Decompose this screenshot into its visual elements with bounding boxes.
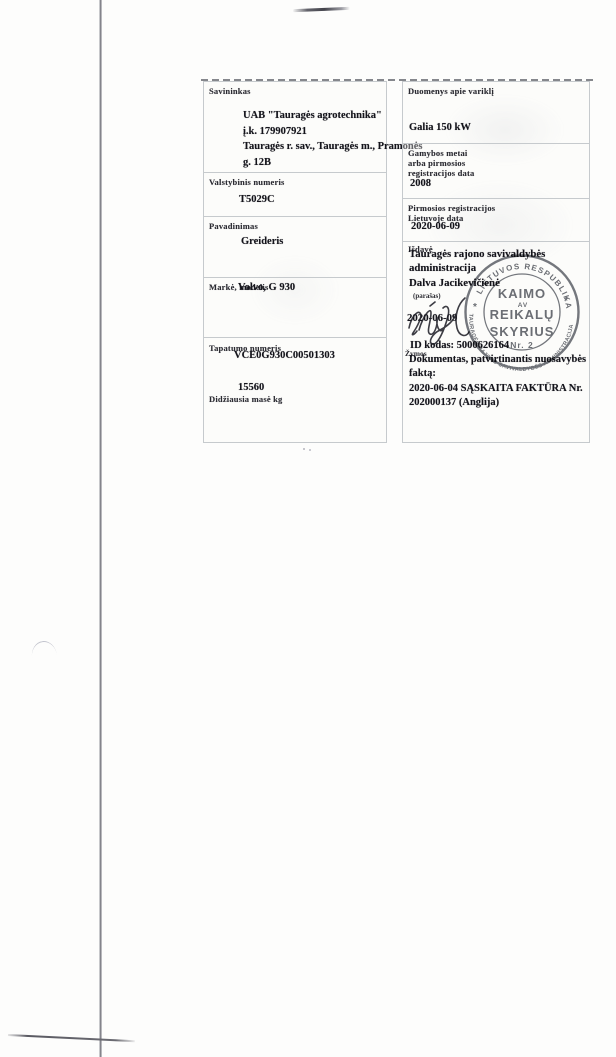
field-valstybinis-numeris: Valstybinis numeris T5029C: [203, 172, 387, 217]
pencil-mark-top: [293, 7, 350, 12]
owner-address-line2: g. 12B: [243, 155, 423, 171]
ownership-doc-line2: faktą:: [409, 368, 436, 379]
field-gamybos-metai: Gamybos metai arba pirmosios registracij…: [402, 143, 590, 199]
field-variklis: Duomenys apie variklį Galia 150 kW: [402, 81, 590, 144]
scanned-document-page: Savininkas UAB "Tauragės agrotechnika" į…: [0, 0, 616, 1057]
field-label-pavadinimas: Pavadinimas: [204, 217, 386, 231]
stamp-center-line3: SKYRIUS: [490, 324, 555, 339]
max-mass-value: 15560: [238, 382, 264, 393]
stamp-center-line2: REIKALŲ: [490, 307, 555, 322]
official-round-stamp: LIETUVOS RESPUBLIKA TAURAGĖS RAJONO SAVI…: [457, 247, 587, 377]
stamp-number: Nr. 2: [510, 340, 533, 350]
pencil-mark-bottom: [8, 1034, 135, 1042]
pencil-arc-mark: [30, 639, 57, 659]
field-label-savininkas: Savininkas: [204, 82, 386, 96]
field-value-savininkas: UAB "Tauragės agrotechnika" į.k. 1799079…: [243, 108, 423, 170]
owner-company-code: į.k. 179907921: [243, 124, 423, 140]
first-registration-date-value: 2020-06-09: [411, 221, 460, 232]
vehicle-type-value: Greideris: [241, 236, 283, 247]
stamp-center-line1: KAIMO: [498, 286, 546, 301]
field-label-gamybos: Gamybos metai arba pirmosios registracij…: [403, 144, 589, 178]
plate-number-value: T5029C: [239, 194, 275, 205]
field-marke-modelis: Markė, modelis Volvo, G 930: [203, 277, 387, 338]
stamp-star-right: *: [564, 296, 568, 307]
stamp-star-left: *: [473, 302, 477, 313]
ownership-doc-line4: 202000137 (Anglija): [409, 397, 499, 408]
production-year-value: 2008: [410, 178, 431, 189]
scan-speck: [303, 448, 305, 450]
field-pavadinimas: Pavadinimas Greideris: [203, 216, 387, 278]
make-model-value: Volvo, G 930: [238, 282, 295, 293]
label-line: Pirmosios registracijos: [408, 203, 589, 213]
vin-value: VCE0G930C00501303: [234, 350, 335, 361]
scan-binding-line: [99, 0, 102, 1057]
label-line: Gamybos metai: [408, 148, 589, 158]
field-label-mase: Didžiausia masė kg: [209, 394, 283, 404]
field-pirmosios-registracijos: Pirmosios registracijos Lietuvoje data 2…: [402, 198, 590, 242]
label-line: registracijos data: [408, 168, 589, 178]
field-label-pirmosios: Pirmosios registracijos Lietuvoje data: [403, 199, 589, 223]
owner-address-line1: Tauragės r. sav., Tauragės m., Pramonės: [243, 139, 423, 155]
engine-power-value: Galia 150 kW: [409, 122, 471, 133]
label-line: arba pirmosios: [408, 158, 589, 168]
field-savininkas: Savininkas UAB "Tauragės agrotechnika" į…: [203, 81, 387, 173]
left-column: Savininkas UAB "Tauragės agrotechnika" į…: [203, 82, 387, 443]
owner-name: UAB "Tauragės agrotechnika": [243, 108, 423, 124]
ownership-doc-line3: 2020-06-04 SĄSKAITA FAKTŪRA Nr.: [409, 383, 583, 394]
field-tapatumo-numeris: Tapatumo numeris VCE0G930C00501303 15560…: [203, 337, 387, 443]
field-label-valstybinis: Valstybinis numeris: [204, 173, 386, 187]
field-label-variklis: Duomenys apie variklį: [403, 82, 589, 96]
